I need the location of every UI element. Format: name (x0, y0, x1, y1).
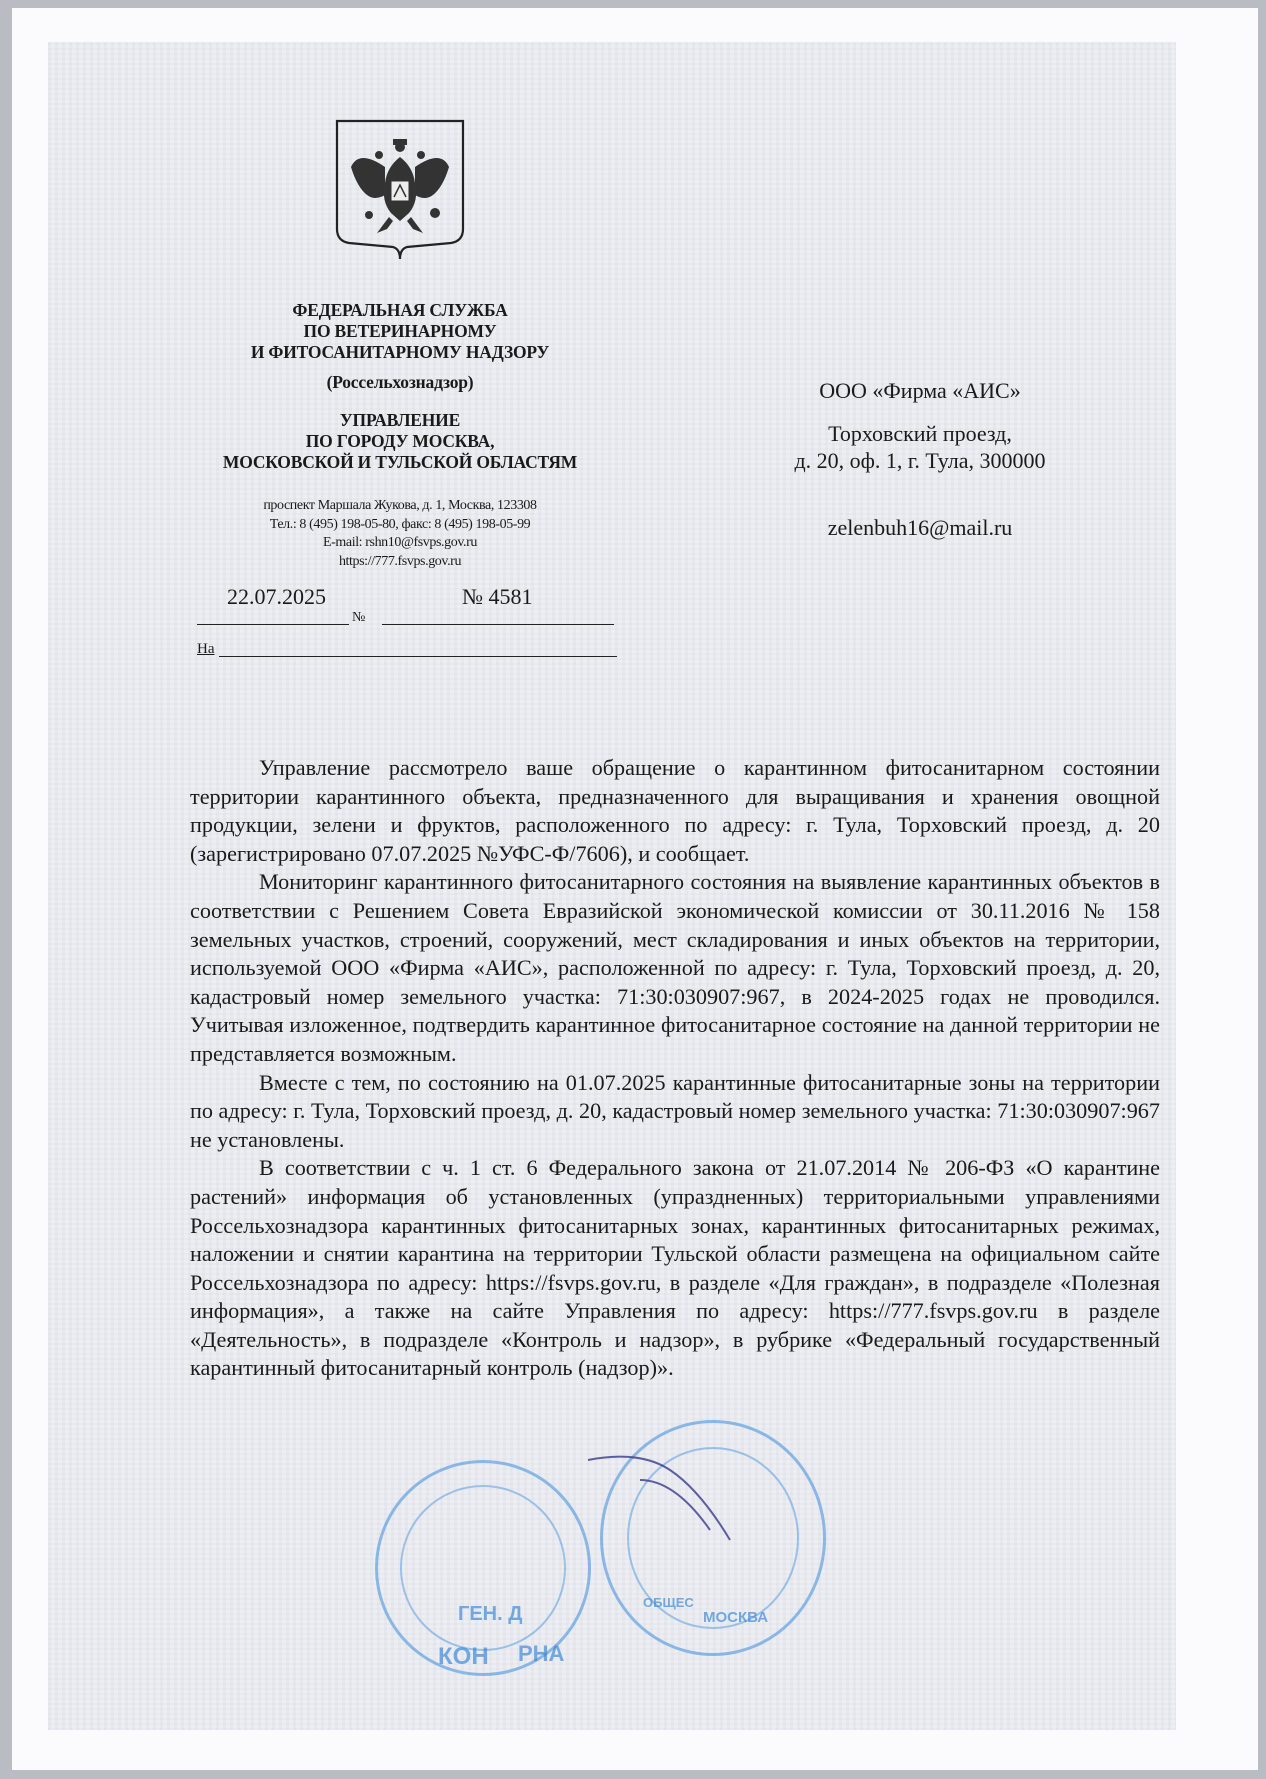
paragraph: В соответствии с ч. 1 ст. 6 Федерального… (190, 1154, 1160, 1383)
agency-short-name: (Россельхознадзор) (180, 372, 620, 393)
number-underline (382, 624, 614, 625)
date-number-row: 22.07.2025 № 4581 № (197, 584, 617, 624)
recipient-address-line: Торховский проезд, (720, 420, 1120, 447)
paragraph: Управление рассмотрело ваше обращение о … (190, 754, 1160, 868)
agency-line: ФЕДЕРАЛЬНАЯ СЛУЖБА (180, 300, 620, 321)
agency-address: проспект Маршала Жукова, д. 1, Москва, 1… (180, 497, 620, 516)
paragraph: Вместе с тем, по состоянию на 01.07.2025… (190, 1069, 1160, 1155)
reply-to-underline (219, 656, 617, 657)
stamp-text: ОБЩЕС (643, 1595, 694, 1610)
department-line: ПО ГОРОДУ МОСКВА, (180, 431, 620, 452)
stamp-text: КОН (438, 1643, 489, 1671)
document-number: № 4581 (462, 584, 533, 610)
number-label: № (352, 610, 365, 626)
stamp-text: РНА (518, 1641, 564, 1667)
paragraph: Мониторинг карантинного фитосанитарного … (190, 868, 1160, 1068)
letter-body: Управление рассмотрело ваше обращение о … (190, 754, 1160, 1383)
document-date: 22.07.2025 (227, 584, 326, 610)
agency-line: ПО ВЕТЕРИНАРНОМУ (180, 321, 620, 342)
stamp-text: ГЕН. Д (458, 1603, 522, 1626)
stamp-text: МОСКВА (703, 1609, 768, 1626)
signature (580, 1440, 740, 1550)
agency-website: https://777.fsvps.gov.ru (180, 553, 620, 572)
department-line: УПРАВЛЕНИЕ (180, 410, 620, 431)
coat-of-arms-icon (331, 117, 469, 263)
department-name: УПРАВЛЕНИЕ ПО ГОРОДУ МОСКВА, МОСКОВСКОЙ … (180, 410, 620, 473)
date-underline (197, 624, 349, 625)
agency-short-label: (Россельхознадзор) (180, 372, 620, 393)
stamp-inner-ring (400, 1485, 566, 1651)
agency-line: И ФИТОСАНИТАРНОМУ НАДЗОРУ (180, 342, 620, 363)
recipient-address: Торховский проезд, д. 20, оф. 1, г. Тула… (720, 420, 1120, 474)
reply-to-row: На (197, 640, 617, 658)
agency-contacts: проспект Маршала Жукова, д. 1, Москва, 1… (180, 497, 620, 571)
round-stamp-left: ГЕН. Д КОН РНА (375, 1460, 591, 1676)
agency-phone: Тел.: 8 (495) 198-05-80, факс: 8 (495) 1… (180, 516, 620, 535)
agency-name: ФЕДЕРАЛЬНАЯ СЛУЖБА ПО ВЕТЕРИНАРНОМУ И ФИ… (180, 300, 620, 363)
recipient-name: ООО «Фирма «АИС» (720, 377, 1120, 404)
recipient-email: zelenbuh16@mail.ru (720, 514, 1120, 541)
reply-to-label: На (197, 641, 215, 657)
agency-email: E-mail: rshn10@fsvps.gov.ru (180, 534, 620, 553)
recipient-address-line: д. 20, оф. 1, г. Тула, 300000 (720, 447, 1120, 474)
department-line: МОСКОВСКОЙ И ТУЛЬСКОЙ ОБЛАСТЯМ (180, 452, 620, 473)
